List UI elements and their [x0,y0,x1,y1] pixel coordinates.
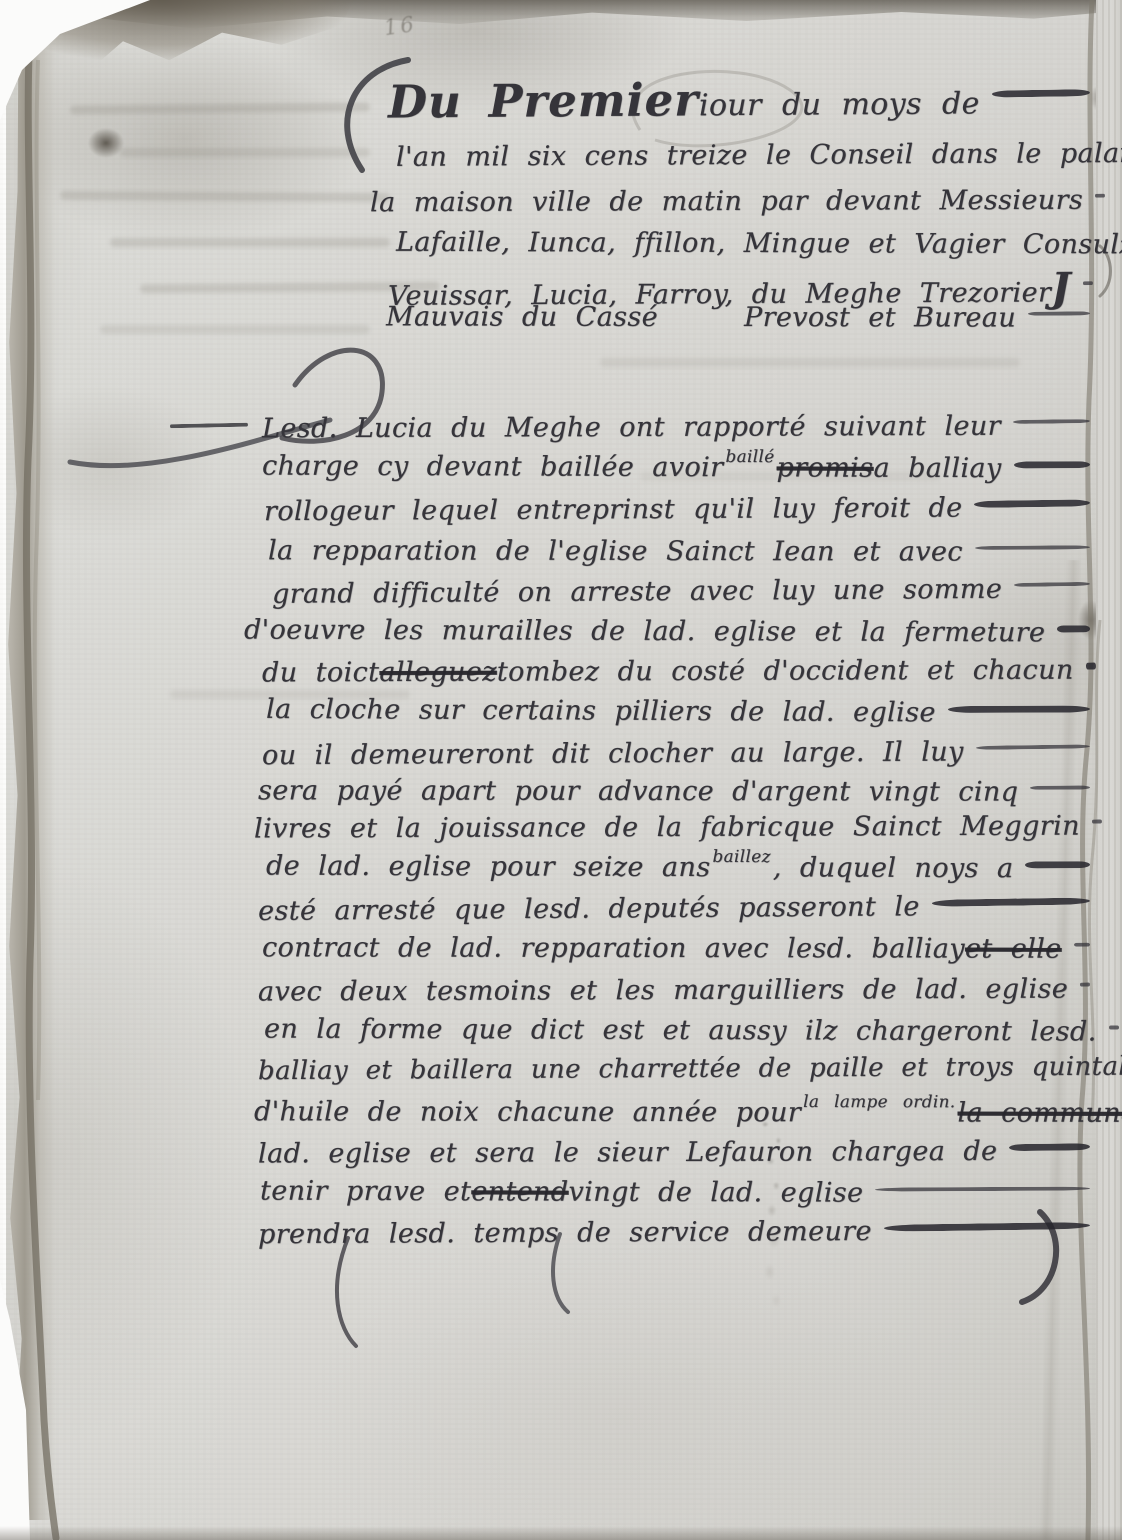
line-filler-stroke [974,499,1090,508]
line-text: iour du moys de [699,87,980,123]
line-filler-stroke [1092,819,1102,823]
text-block: Du Premier iour du moys del'an mil six c… [0,0,1122,1540]
line-filler-stroke [884,1221,1090,1231]
line-text: d'huile de noix chacune année pour [254,1096,801,1128]
line-text: l'an mil six cens treize le Conseil dans… [396,138,1122,173]
manuscript-line: ou il demeureront dit clocher au large. … [262,736,1090,771]
line-text: Du Premier [388,74,699,128]
line-text: de lad. eglise pour seize ans [266,851,711,884]
line-text: balliay et baillera une charrettée de pa… [258,1053,1122,1087]
line-text: tenir prave et [260,1176,471,1208]
manuscript-line: du toict alleguez tombez du costé d'occi… [262,655,1090,689]
manuscript-scan: 16 Du Premier iour du moys del'an mil si… [0,0,1122,1540]
manuscript-line: la repparation de l'eglise Sainct Iean e… [268,535,1090,567]
line-filler-stroke [932,897,1090,906]
margin-dash-stroke [170,422,248,428]
line-text: baillé [725,447,774,466]
manuscript-line: balliay et baillera une charrettée de pa… [258,1053,1090,1087]
line-text: la communau [957,1097,1122,1128]
manuscript-line: contract de lad. repparation avec lesd. … [262,932,1090,964]
line-text: grand difficulté on arreste avec luy une… [272,574,1002,610]
line-filler-stroke [1013,419,1090,424]
line-filler-stroke [1014,582,1090,587]
line-filler-stroke [1025,861,1090,868]
line-filler-stroke [1028,311,1090,315]
line-text: la repparation de l'eglise Sainct Iean e… [268,535,963,567]
line-text: et elle [965,934,1062,965]
line-filler-stroke [875,1187,1090,1192]
line-text: promis [776,452,873,483]
line-filler-stroke [1009,1143,1090,1151]
line-filler-stroke [1080,983,1090,987]
line-filler-stroke [992,89,1090,98]
manuscript-line: avec deux tesmoins et les marguilliers d… [258,974,1090,1008]
line-text: la maison ville de matin par devant Mess… [370,185,1083,219]
manuscript-line: grand difficulté on arreste avec luy une… [272,573,1090,610]
manuscript-line: en la forme que dict est et aussy ilz ch… [264,1014,1090,1048]
line-filler-stroke [1095,194,1105,198]
manuscript-line: sera payé apart pour advance d'argent vi… [258,775,1090,807]
manuscript-line: lad. eglise et sera le sieur Lefauron ch… [258,1136,1090,1170]
line-filler-stroke [1057,625,1090,632]
line-text: Prevost et Bureau [744,302,1016,334]
manuscript-line: tenir prave et entend vingt de lad. egli… [260,1176,1090,1210]
manuscript-line: rollogeur lequel entreprinst qu'il luy f… [264,492,1090,527]
line-text: avec deux tesmoins et les marguilliers d… [258,974,1068,1008]
line-text: d'oeuvre les murailles de lad. eglise et… [244,615,1045,649]
line-text: prendra lesd. temps de service demeure [258,1216,872,1250]
line-text: , duquel noys a [773,852,1014,884]
manuscript-line: de lad. eglise pour seize ans baillez, d… [266,851,1090,885]
line-text: la cloche sur certains pilliers de lad. … [266,694,936,729]
line-text: sera payé apart pour advance d'argent vi… [258,775,1018,807]
line-text: livres et la jouissance de la fabricque … [254,811,1080,845]
line-filler-stroke [1074,943,1090,947]
line-text: charge cy devant baillée avoir [262,451,724,484]
line-filler-stroke [1083,281,1093,285]
line-text: ou il demeureront dit clocher au large. … [262,736,964,771]
line-filler-stroke [1086,662,1096,669]
line-text: Mauvais du Cassé [386,301,658,333]
line-filler-stroke [1030,785,1090,789]
line-text: la lampe ordin. [803,1092,955,1112]
line-text: Lesd. Lucia du Meghe ont rapporté suivan… [262,411,1001,445]
manuscript-line: livres et la jouissance de la fabricque … [254,811,1090,845]
manuscript-line: d'oeuvre les murailles de lad. eglise et… [244,615,1090,649]
manuscript-line: esté arresté que lesd. deputés passeront… [258,890,1090,927]
line-text: du toict [262,657,379,688]
line-text: vingt de lad. eglise [568,1177,863,1209]
line-text: entend [471,1176,568,1207]
manuscript-line: Lesd. Lucia du Meghe ont rapporté suivan… [170,410,1090,444]
line-filler-stroke [1014,461,1090,468]
line-text: contract de lad. repparation avec lesd. … [262,932,965,964]
line-text: Lafaille, Iunca, ffillon, Mingue et Vagi… [396,227,1122,261]
manuscript-line: Du Premier iour du moys de [388,72,1090,129]
line-filler-stroke [975,545,1090,550]
line-text: lad. eglise et sera le sieur Lefauron ch… [258,1136,997,1170]
line-text: esté arresté que lesd. deputés passeront… [258,891,920,927]
manuscript-line: Lafaille, Iunca, ffillon, Mingue et Vagi… [396,227,1090,260]
manuscript-line: charge cy devant baillée avoir baillépro… [262,451,1090,485]
line-text: a balliay [873,453,1001,484]
manuscript-line: prendra lesd. temps de service demeure [258,1215,1090,1250]
line-filler-stroke [948,705,1090,712]
line-text: baillez [713,847,771,866]
line-filler-stroke [1109,1026,1119,1030]
line-filler-stroke [976,744,1090,750]
manuscript-line: l'an mil six cens treize le Conseil dans… [396,138,1090,173]
manuscript-line: la cloche sur certains pilliers de lad. … [266,694,1090,729]
line-text: tombez du costé d'occident et chacun [497,655,1074,688]
manuscript-line: d'huile de noix chacune année pour la la… [254,1096,1090,1129]
manuscript-line: Mauvais du CasséPrevost et Bureau [386,301,1090,333]
line-text: en la forme que dict est et aussy ilz ch… [264,1014,1097,1048]
line-text: alleguez [379,657,497,688]
manuscript-line: la maison ville de matin par devant Mess… [356,185,1090,219]
line-text: rollogeur lequel entreprinst qu'il luy f… [264,493,963,528]
